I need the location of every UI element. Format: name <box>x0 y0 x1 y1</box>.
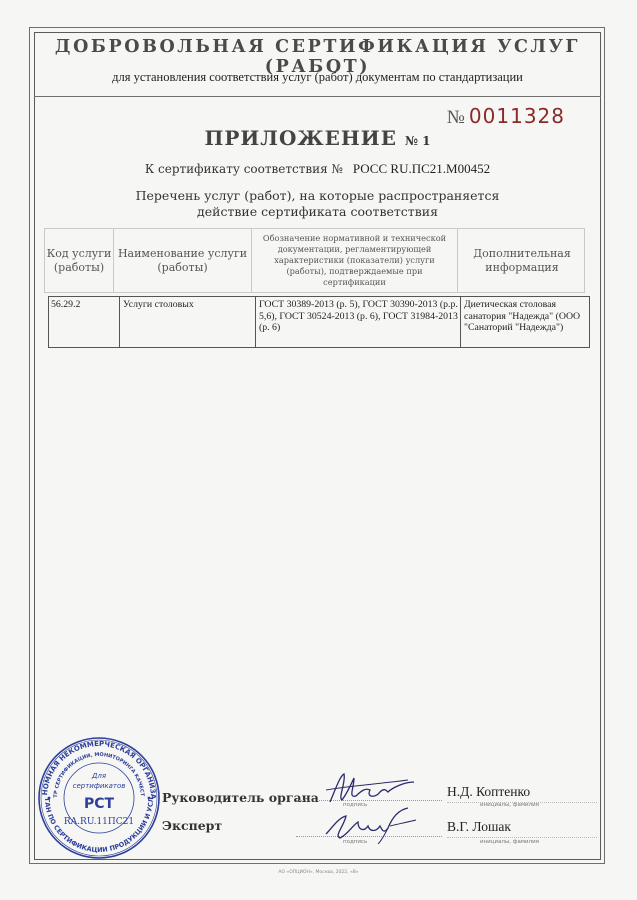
signature-icon <box>318 768 418 808</box>
name-caption-expert: инициалы, фамилия <box>480 839 539 845</box>
cell-standards: ГОСТ 30389-2013 (р. 5), ГОСТ 30390-2013 … <box>255 297 460 347</box>
cell-service-name: Услуги столовых <box>119 297 255 347</box>
header-standards: Обозначение нормативной и технической до… <box>251 229 457 292</box>
header-service-name: Наименование услуги (работы) <box>113 229 251 292</box>
name-caption-head: инициалы, фамилия <box>480 802 539 808</box>
cell-code: 56.29.2 <box>49 297 119 347</box>
appendix-number: № 1 <box>405 134 431 148</box>
header-additional-info: Дополнительная информация <box>457 229 586 292</box>
certificate-reference: К сертификату соответствия №РОСС RU.ПС21… <box>34 161 601 177</box>
header-code: Код услуги (работы) <box>45 229 113 292</box>
signature-role-head: Руководитель органа <box>162 790 319 805</box>
printer-imprint: АО «ОПЦИОН», Москва, 2022, «В» <box>0 870 637 875</box>
certificate-label: К сертификату соответствия № <box>145 162 343 176</box>
list-heading-line2: действие сертификата соответствия <box>34 204 601 220</box>
table-row: 56.29.2 Услуги столовых ГОСТ 30389-2013 … <box>48 296 590 348</box>
signature-role-expert: Эксперт <box>162 818 222 833</box>
certificate-number: РОСС RU.ПС21.М00452 <box>353 161 490 176</box>
appendix-title-text: ПРИЛОЖЕНИЕ <box>204 126 396 150</box>
svg-text:РСТ: РСТ <box>84 796 115 812</box>
svg-text:Для: Для <box>91 772 106 780</box>
list-heading: Перечень услуг (работ), на которые распр… <box>34 188 601 220</box>
name-line-expert <box>447 837 597 838</box>
table-header: Код услуги (работы) Наименование услуги … <box>44 228 585 293</box>
signer-name-expert: В.Г. Лошак <box>447 819 511 835</box>
appendix-title: ПРИЛОЖЕНИЕ№ 1 <box>34 126 601 150</box>
signature-icon <box>318 804 418 844</box>
signer-name-head: Н.Д. Коптенко <box>447 784 530 800</box>
document-subtitle: для установления соответствия услуг (раб… <box>34 70 601 85</box>
cell-additional-info: Диетическая столовая санатория "Надежда"… <box>460 297 591 347</box>
svg-text:RA.RU.11ПС21: RA.RU.11ПС21 <box>64 817 134 827</box>
number-sign: № <box>447 107 465 128</box>
document-number-value: 0011328 <box>469 104 565 128</box>
certification-stamp-icon: АВТОНОМНАЯ НЕКОММЕРЧЕСКАЯ ОРГАНИЗАЦИЯ ОР… <box>37 736 161 860</box>
header-divider <box>34 96 601 97</box>
svg-text:сертификатов: сертификатов <box>73 782 126 790</box>
list-heading-line1: Перечень услуг (работ), на которые распр… <box>34 188 601 204</box>
